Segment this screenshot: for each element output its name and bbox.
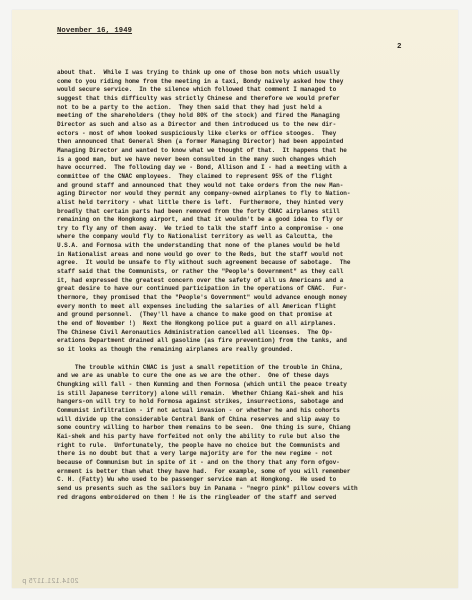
document-date: November 16, 1949 <box>57 27 132 35</box>
document-page: November 16, 1949 2 about that. While I … <box>12 10 458 588</box>
text-line: Communist infiltration - if not actual i… <box>57 407 427 416</box>
text-line: come to you riding home from the meeting… <box>57 78 427 87</box>
text-line: ectors - most of whom looked suspiciousl… <box>57 130 427 139</box>
text-line: not to be a party to the action. They th… <box>57 104 427 113</box>
text-line: right to rule. Unfortunately, the people… <box>57 442 427 451</box>
text-line: The Chinese Civil Aeronautics Administra… <box>57 329 427 338</box>
text-line: some country willing to harbor them rema… <box>57 424 427 433</box>
text-line: where the company would fly to Nationali… <box>57 233 427 242</box>
paragraph-gap <box>57 355 427 364</box>
text-line: great desire to have our continued parti… <box>57 285 427 294</box>
text-line: it, had expressed the greatest concern o… <box>57 277 427 286</box>
text-line: every month to meet all expenses includi… <box>57 303 427 312</box>
text-line: try to fly any of them away. We tried to… <box>57 225 427 234</box>
text-line: thermore, they promised that the "People… <box>57 294 427 303</box>
text-line: because of Communism but in spite of it … <box>57 459 427 468</box>
text-line: alist held territory - what little there… <box>57 199 427 208</box>
text-line: and ground personnel. (They'll have a ch… <box>57 311 427 320</box>
text-line: Managing Director and wanted to know wha… <box>57 147 427 156</box>
text-line: suggest that this difficulty was strictl… <box>57 95 427 104</box>
text-line: The trouble within CNAC is just a small … <box>57 364 427 373</box>
text-line: erations Department drained all gasoline… <box>57 337 427 346</box>
page-number: 2 <box>397 43 402 51</box>
text-line: C. H. (Fatty) Wu who used to be passenge… <box>57 476 427 485</box>
text-line: Director as such and also as a Director … <box>57 121 427 130</box>
text-line: broadly that certain parts had been remo… <box>57 208 427 217</box>
text-line: ernment is better than what they have ha… <box>57 468 427 477</box>
text-line: committee of the CNAC employees. They cl… <box>57 173 427 182</box>
text-line: would secure service. In the silence whi… <box>57 86 427 95</box>
text-line: meeting of the shareholders (they hold 8… <box>57 112 427 121</box>
text-line: Chungking will fall - then Kunming and t… <box>57 381 427 390</box>
text-line: aging Director nor would they permit any… <box>57 190 427 199</box>
text-line: is a good man, but we have never been co… <box>57 156 427 165</box>
paragraph-1: about that. While I was trying to think … <box>57 69 427 355</box>
text-line: and we are as unable to cure the one as … <box>57 372 427 381</box>
text-line: and ground staff and announced that they… <box>57 182 427 191</box>
text-line: hangers-on will try to hold Formosa agai… <box>57 398 427 407</box>
text-line: in Nationalist areas and none would go o… <box>57 251 427 260</box>
text-line: the end of November !) Next the Hongkong… <box>57 320 427 329</box>
letter-body: about that. While I was trying to think … <box>57 69 427 502</box>
text-line: will divide up the considerable Central … <box>57 416 427 425</box>
text-line: is still Japanese territory) alone will … <box>57 390 427 399</box>
text-line: then announced that General Shen (a form… <box>57 138 427 147</box>
text-line: have occurred. The following day we - Bo… <box>57 164 427 173</box>
paragraph-2: The trouble within CNAC is just a small … <box>57 364 427 503</box>
archive-mark: 2014.121.1175 p <box>22 578 79 585</box>
text-line: U.S.A. and Formosa with the understandin… <box>57 242 427 251</box>
text-line: staff said that the Communists, or rathe… <box>57 268 427 277</box>
text-line: so it looks as though the remaining airp… <box>57 346 427 355</box>
text-line: Kai-shek and his party have forfeited no… <box>57 433 427 442</box>
text-line: there is no doubt but that a very large … <box>57 450 427 459</box>
text-line: agree. It would be unsafe to fly without… <box>57 259 427 268</box>
text-line: remaining on the Hongkong airport, and t… <box>57 216 427 225</box>
text-line: send us presents such as the sailors buy… <box>57 485 427 494</box>
text-line: about that. While I was trying to think … <box>57 69 427 78</box>
text-line: red dragons embroidered on them ! He is … <box>57 494 427 503</box>
